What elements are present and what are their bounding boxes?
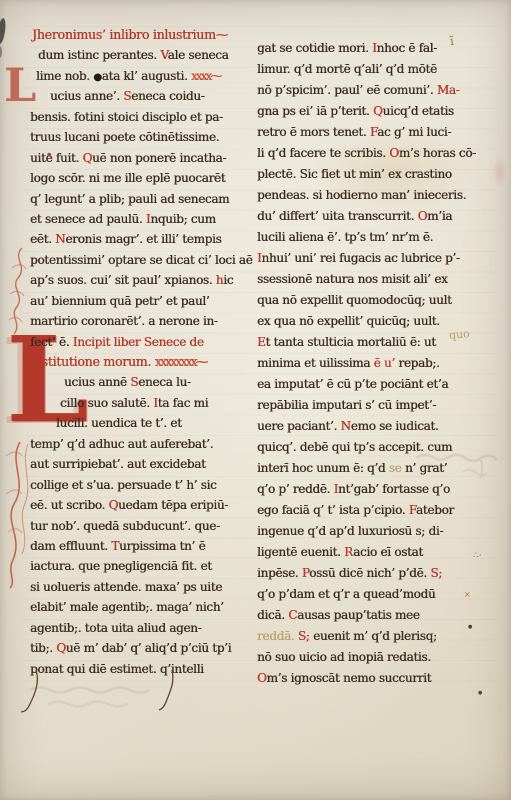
text-segment: eēt.: [30, 232, 55, 246]
text-line: lime nob. ●ata kl’ augusti. xxxx⁓: [30, 66, 256, 86]
red-margin-dot: ●: [47, 152, 51, 158]
text-segment: martirio coronarēt’. a nerone in-: [30, 314, 218, 328]
text-segment: retro ē mors tenet.: [257, 125, 370, 139]
text-segment: limur. q’d mortē q’ali’ q’d mōtē: [257, 62, 437, 76]
text-line: q’ legunt’ a plib; pauli ad senecam: [30, 189, 256, 209]
text-line: elabit’ male agentib;. maga’ nich’: [30, 597, 256, 617]
text-line: collige et s’ua. persuade t’ h’ sic: [30, 475, 256, 495]
text-segment: ucius anne’.: [50, 89, 123, 103]
text-segment: uē m’ dab’ q’ aliq’d p’ciū tp’i: [66, 641, 231, 655]
text-segment: elabit’ male agentib;. maga’ nich’: [30, 600, 224, 614]
text-segment: eronis magr’. et illi’ tempis: [65, 232, 221, 246]
text-segment: ucius annē: [64, 375, 130, 389]
page-edge-shadow-2: [0, 46, 2, 58]
text-segment: lime nob.: [36, 69, 93, 83]
text-line: tur nob’. quedā subducunt’. que-: [30, 516, 256, 536]
text-segment: gat se cotidie mori.: [257, 41, 372, 55]
rubric-segment: F: [409, 503, 416, 517]
text-segment: ta fac mi: [158, 396, 208, 410]
text-segment: aut surripiebat’. aut excidebat: [30, 457, 206, 471]
text-segment: dam effluunt.: [30, 539, 111, 553]
text-line: retro ē mors tenet. Fac g’ mi luci-: [257, 122, 503, 143]
text-line: fect’ ē. Incipit liber Senece de: [30, 332, 256, 352]
rubric-segment: R: [344, 545, 353, 559]
text-segment: et senece ad paulū.: [30, 212, 146, 226]
text-line: lucili aliena ē’. tp’s tm’ nr’m ē.: [257, 227, 503, 248]
text-line: Jheronimus’ inlibro inlustrium⁓: [30, 25, 256, 45]
text-line: uere paciant’. Nemo se iudicat.: [257, 416, 503, 437]
text-segment: repābilia imputari s’ cū impet’-: [257, 398, 436, 412]
text-segment: ausas paup’tatis mee: [297, 608, 419, 622]
rubric-segment: T: [111, 539, 119, 553]
text-segment: gna ps ei’ iā p’terit.: [257, 104, 373, 118]
text-line: qua nō expellit quomodocūq; uult: [257, 290, 503, 311]
text-segment: truus lucani poete cōtinētissime.: [30, 130, 219, 144]
text-segment: au’ biennium quā petr’ et paul’: [30, 294, 209, 308]
rubric-segment: Q: [108, 498, 118, 512]
text-segment: eē. ut scribo.: [30, 498, 108, 512]
text-line: aut surripiebat’. aut excidebat: [30, 454, 256, 474]
text-line: ingenue q’d ap’d luxuriosū s; di-: [257, 521, 503, 542]
text-segment: ea imputat’ ē cū p’te pociānt et’a: [257, 377, 448, 391]
text-line: ssessionē natura nos misit ali’ ex: [257, 269, 503, 290]
text-line: li q’d facere te scribis. Om’s horas cō-: [257, 143, 503, 164]
text-segment: lucili aliena ē’. tp’s tm’ nr’m ē.: [257, 230, 433, 244]
rubric-segment: S;: [430, 566, 442, 580]
text-line: ucius annē Seneca lu-: [30, 372, 256, 392]
text-segment: q’o p’dam et q’r a quead’modū: [257, 587, 435, 601]
text-segment: m’s horas cō-: [399, 146, 476, 160]
text-segment: emo se iudicat.: [351, 419, 439, 433]
rubric-segment: ⁓: [216, 27, 227, 42]
text-segment: ata kl’ augusti.: [102, 69, 191, 83]
text-line: lucili. uendica te t’. et: [30, 413, 256, 433]
manuscript-page: L L Jheronimus’ inlibro inlustrium⁓dum i…: [0, 0, 511, 800]
text-line: du’ differt’ uita transcurrit. Om’ia: [257, 206, 503, 227]
text-segment: dicā.: [257, 608, 288, 622]
rubric-segment: Q: [56, 641, 66, 655]
text-segment: minima et uilissima: [257, 356, 374, 370]
text-segment: dum istinc perantes.: [38, 48, 160, 62]
text-segment: fect’ ē.: [30, 335, 73, 349]
text-segment: si uolueris attende. maxa’ ps uite: [30, 580, 222, 594]
text-line: ea imputat’ ē cū p’te pociānt et’a: [257, 374, 503, 395]
text-segment: inpēse.: [257, 566, 302, 580]
text-segment: q’o p’ reddē.: [257, 482, 334, 496]
text-segment: ●: [93, 72, 101, 83]
text-segment: tib;.: [30, 641, 56, 655]
text-line: iactura. que pnegligenciā fit. et: [30, 556, 256, 576]
text-line: dum istinc perantes. Vale seneca: [30, 45, 256, 65]
text-line: ucius anne’. Seneca coidu-: [30, 86, 256, 106]
rubric-segment: O: [389, 146, 399, 160]
text-line: nō suo uicio ad inopiā redatis.: [257, 647, 503, 668]
rubric-segment: Incipit liber Senece de: [73, 335, 204, 349]
text-segment: ap’s suos. cui’ sit paul’ xpianos.: [30, 273, 216, 287]
quire-mark: ĩ: [449, 34, 454, 48]
text-segment: eneca lu-: [138, 375, 191, 389]
text-line: ego faciā q’ t’ ista p’cipio. Fatebor: [257, 500, 503, 521]
text-segment: reddā.: [257, 629, 294, 643]
text-segment: ligentē euenit.: [257, 545, 344, 559]
text-line: agentib;. tota uita aliud agen-: [30, 618, 256, 638]
text-line: Om’s ignoscāt nemo succurrit: [257, 668, 503, 689]
text-line: cillo suo salutē. Ita fac mi: [30, 393, 256, 413]
rubric-segment: Q: [82, 151, 92, 165]
text-line: eē. ut scribo. Quedam tēpa eripiū-: [30, 495, 256, 515]
text-segment: nō suo uicio ad inopiā redatis.: [257, 650, 431, 664]
text-line: gna ps ei’ iā p’terit. Quicq’d etatis: [257, 101, 503, 122]
text-line: institutione morum. xxxxxxxx⁓: [30, 352, 256, 372]
rubric-segment: Q: [373, 104, 383, 118]
text-line: dam effluunt. Turpissima tn’ ē: [30, 536, 256, 556]
rubric-segment: S;: [294, 629, 309, 643]
text-line: et senece ad paulū. Inquib; cum: [30, 209, 256, 229]
text-line: ap’s suos. cui’ sit paul’ xpianos. hic: [30, 270, 256, 290]
text-segment: plectē. Sic fiet ut min’ ex crastino: [257, 167, 452, 181]
text-segment: uē non ponerē incatha-: [92, 151, 226, 165]
text-segment: ego faciā q’ t’ ista p’cipio.: [257, 503, 409, 517]
text-segment: m’ia: [427, 209, 452, 223]
text-segment: pendeas. si hodierno man’ inieceris.: [257, 188, 466, 202]
text-segment: uite fuit.: [30, 151, 82, 165]
text-line: temp’ q’d adhuc aut auferebat’.: [30, 434, 256, 454]
rubric-segment: F: [370, 125, 377, 139]
red-cross-mark: ×: [464, 590, 471, 599]
text-line: gat se cotidie mori. Inhoc ē fal-: [257, 38, 503, 59]
text-segment: tur nob’. quedā subducunt’. que-: [30, 519, 220, 533]
text-line: uite fuit. Quē non ponerē incatha-: [30, 148, 256, 168]
text-segment: ac g’ mi luci-: [377, 125, 451, 139]
text-segment: nō p’spicim’. paul’ eē comuni’.: [257, 83, 437, 97]
rubric-segment: O: [257, 671, 267, 685]
rubric-segment: Ma-: [437, 83, 460, 97]
text-segment: q’ legunt’ a plib; pauli ad senecam: [30, 192, 229, 206]
text-segment: t tanta stulticia mortaliū ē: ut: [265, 335, 435, 349]
text-line: au’ biennium quā petr’ et paul’: [30, 291, 256, 311]
text-line: tib;. Quē m’ dab’ q’ aliq’d p’ciū tp’i: [30, 638, 256, 658]
text-segment: atebor: [416, 503, 454, 517]
text-segment: ossū dicē nich’ p’dē.: [309, 566, 430, 580]
text-line: inpēse. Possū dicē nich’ p’dē. S;: [257, 563, 503, 584]
text-segment: lucili. uendica te t’. et: [56, 416, 182, 430]
text-segment: iactura. que pnegligenciā fit. et: [30, 559, 212, 573]
rubric-segment: S: [130, 375, 138, 389]
rubric-segment: Jheronimus’ inlibro inlustrium: [32, 27, 216, 42]
text-line: dicā. Causas paup’tatis mee: [257, 605, 503, 626]
text-segment: agentib;. tota uita aliud agen-: [30, 621, 201, 635]
page-edge-shadow: [0, 18, 7, 45]
text-line: nō p’spicim’. paul’ eē comuni’. Ma-: [257, 80, 503, 101]
text-line: eēt. Neronis magr’. et illi’ tempis: [30, 229, 256, 249]
text-segment: potentissimi’ optare se dicat ci’ loci a…: [30, 253, 252, 267]
rubric-segment: xxxx⁓: [191, 69, 220, 83]
text-segment: nhoc ē fal-: [377, 41, 437, 55]
text-segment: ic: [223, 273, 233, 287]
rubric-segment: V: [160, 48, 167, 62]
text-segment: li q’d facere te scribis.: [257, 146, 389, 160]
text-segment: m’s ignoscāt nemo succurrit: [267, 671, 432, 685]
text-line: potentissimi’ optare se dicat ci’ loci a…: [30, 250, 256, 270]
rubric-segment: C: [288, 608, 297, 622]
text-line: repābilia imputari s’ cū impet’-: [257, 395, 503, 416]
text-line: ligentē euenit. Racio eī ostat: [257, 542, 503, 563]
rubric-segment: O: [418, 209, 428, 223]
text-line: martirio coronarēt’. a nerone in-: [30, 311, 256, 331]
text-segment: acio eī ostat: [353, 545, 423, 559]
rubric-segment: xxxxxxxx⁓: [155, 354, 206, 369]
erased-marginal-note: [415, 446, 507, 490]
text-segment: uere paciant’.: [257, 419, 341, 433]
rubric-segment: N: [55, 232, 65, 246]
text-line: plectē. Sic fiet ut min’ ex crastino: [257, 164, 503, 185]
text-segment: eneca coidu-: [131, 89, 204, 103]
text-line: reddā. S; euenit m’ q’d plerisq;: [257, 626, 503, 647]
text-line: limur. q’d mortē q’ali’ q’d mōtē: [257, 59, 503, 80]
dots-cluster-mark: ∴·: [473, 551, 482, 561]
text-segment: nhui’ uni’ rei fugacis ac lubrice p’-: [261, 251, 459, 265]
text-segment: uicq’d etatis: [383, 104, 454, 118]
text-segment: logo scōr. ni me ille eplē puocarēt: [30, 171, 225, 185]
text-segment: ssessionē natura nos misit ali’ ex: [257, 272, 447, 286]
text-segment: urpissima tn’ ē: [119, 539, 205, 553]
text-segment: temp’ q’d adhuc aut auferebat’.: [30, 437, 213, 451]
rubric-segment: ē u’: [374, 356, 395, 370]
text-segment: bensis. fotini stoici disciplo et pa-: [30, 110, 223, 124]
text-segment: se: [389, 461, 402, 475]
ink-dot-bottom-mark: ●: [478, 690, 482, 696]
text-line: truus lucani poete cōtinētissime.: [30, 127, 256, 147]
text-segment: collige et s’ua. persuade t’ h’ sic: [30, 478, 216, 492]
marginal-note-quo: quo: [448, 327, 470, 342]
text-segment: cillo suo salutē.: [60, 396, 153, 410]
text-line: pendeas. si hodierno man’ inieceris.: [257, 185, 503, 206]
text-segment: ingenue q’d ap’d luxuriosū s; di-: [257, 524, 443, 538]
rubric-segment: institutione morum.: [30, 354, 155, 369]
text-segment: ex qua nō expellit’ quicūq; uult.: [257, 314, 440, 328]
text-segment: du’ differt’ uita transcurrit.: [257, 209, 418, 223]
rubric-segment: N: [341, 419, 351, 433]
text-line: si uolueris attende. maxa’ ps uite: [30, 577, 256, 597]
text-line: logo scōr. ni me ille eplē puocarēt: [30, 168, 256, 188]
text-line: bensis. fotini stoici disciplo et pa-: [30, 107, 256, 127]
text-segment: uedam tēpa eripiū-: [118, 498, 228, 512]
text-segment: euenit m’ q’d plerisq;: [310, 629, 437, 643]
text-segment: qua nō expellit quomodocūq; uult: [257, 293, 452, 307]
ink-dot-mark: ●: [468, 624, 472, 630]
text-segment: interī hoc unum ē: q’d: [257, 461, 389, 475]
offset-showthrough-text: [28, 682, 168, 722]
text-segment: repab;.: [395, 356, 440, 370]
text-segment: nquib; cum: [150, 212, 215, 226]
text-segment: ale seneca: [168, 48, 229, 62]
text-line: Inhui’ uni’ rei fugacis ac lubrice p’-: [257, 248, 503, 269]
column-left: Jheronimus’ inlibro inlustrium⁓dum istin…: [30, 25, 256, 679]
rubric-segment: S: [123, 89, 131, 103]
text-line: minima et uilissima ē u’ repab;.: [257, 353, 503, 374]
